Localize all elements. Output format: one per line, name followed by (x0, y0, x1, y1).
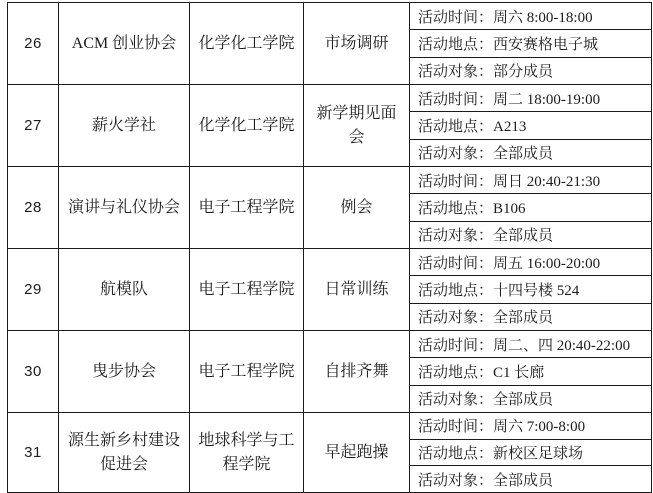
row-number-cell: 26 (8, 3, 59, 85)
detail-line-time: 活动时间：周六 8:00-18:00 (410, 3, 651, 30)
college-cell: 电子工程学院 (190, 249, 304, 331)
table-row: 31 源生新乡村建设促进会 地球科学与工程学院 早起跑操 活动时间：周六 7:0… (8, 413, 652, 493)
detail-line-target: 活动对象：全部成员 (410, 466, 651, 492)
college-cell: 化学化工学院 (190, 3, 304, 85)
activity-type-cell: 例会 (304, 167, 410, 249)
details-cell: 活动时间：周六 7:00-8:00 活动地点：新校区足球场 活动对象：全部成员 (410, 413, 652, 493)
college-cell: 化学化工学院 (190, 85, 304, 167)
table-row: 27 薪火学社 化学化工学院 新学期见面会 活动时间：周二 18:00-19:0… (8, 85, 652, 167)
activity-type-cell: 自排齐舞 (304, 331, 410, 413)
detail-line-time: 活动时间：周二 18:00-19:00 (410, 85, 651, 112)
detail-line-place: 活动地点：C1 长廊 (410, 358, 651, 385)
row-number-cell: 27 (8, 85, 59, 167)
detail-line-place: 活动地点：西安赛格电子城 (410, 30, 651, 57)
row-number-cell: 31 (8, 413, 59, 493)
detail-line-target: 活动对象：全部成员 (410, 140, 651, 166)
table-row: 26 ACM 创业协会 化学化工学院 市场调研 活动时间：周六 8:00-18:… (8, 3, 652, 85)
detail-line-target: 活动对象：全部成员 (410, 222, 651, 248)
row-number-cell: 30 (8, 331, 59, 413)
activity-type-cell: 早起跑操 (304, 413, 410, 493)
table-row: 30 曳步协会 电子工程学院 自排齐舞 活动时间：周二、四 20:40-22:0… (8, 331, 652, 413)
club-activities-table: 26 ACM 创业协会 化学化工学院 市场调研 活动时间：周六 8:00-18:… (7, 2, 652, 493)
detail-line-time: 活动时间：周五 16:00-20:00 (410, 249, 651, 276)
table-row: 28 演讲与礼仪协会 电子工程学院 例会 活动时间：周日 20:40-21:30… (8, 167, 652, 249)
detail-line-place: 活动地点：新校区足球场 (410, 440, 651, 467)
activity-type-cell: 日常训练 (304, 249, 410, 331)
club-name-cell: ACM 创业协会 (59, 3, 190, 85)
detail-line-place: 活动地点：十四号楼 524 (410, 276, 651, 303)
detail-line-target: 活动对象：全部成员 (410, 304, 651, 330)
detail-line-time: 活动时间：周二、四 20:40-22:00 (410, 331, 651, 358)
table-row: 29 航模队 电子工程学院 日常训练 活动时间：周五 16:00-20:00 活… (8, 249, 652, 331)
detail-line-time: 活动时间：周日 20:40-21:30 (410, 167, 651, 194)
college-cell: 电子工程学院 (190, 167, 304, 249)
club-name-cell: 源生新乡村建设促进会 (59, 413, 190, 493)
detail-line-place: 活动地点：B106 (410, 194, 651, 221)
club-name-cell: 曳步协会 (59, 331, 190, 413)
details-cell: 活动时间：周六 8:00-18:00 活动地点：西安赛格电子城 活动对象：部分成… (410, 3, 652, 85)
row-number-cell: 29 (8, 249, 59, 331)
details-cell: 活动时间：周日 20:40-21:30 活动地点：B106 活动对象：全部成员 (410, 167, 652, 249)
college-cell: 地球科学与工程学院 (190, 413, 304, 493)
detail-line-target: 活动对象：全部成员 (410, 386, 651, 412)
details-cell: 活动时间：周五 16:00-20:00 活动地点：十四号楼 524 活动对象：全… (410, 249, 652, 331)
document-page: 26 ACM 创业协会 化学化工学院 市场调研 活动时间：周六 8:00-18:… (0, 0, 653, 493)
row-number-cell: 28 (8, 167, 59, 249)
activity-type-cell: 新学期见面会 (304, 85, 410, 167)
activity-type-cell: 市场调研 (304, 3, 410, 85)
details-cell: 活动时间：周二、四 20:40-22:00 活动地点：C1 长廊 活动对象：全部… (410, 331, 652, 413)
club-name-cell: 薪火学社 (59, 85, 190, 167)
detail-line-place: 活动地点：A213 (410, 112, 651, 139)
club-name-cell: 演讲与礼仪协会 (59, 167, 190, 249)
club-name-cell: 航模队 (59, 249, 190, 331)
details-cell: 活动时间：周二 18:00-19:00 活动地点：A213 活动对象：全部成员 (410, 85, 652, 167)
detail-line-target: 活动对象：部分成员 (410, 58, 651, 84)
detail-line-time: 活动时间：周六 7:00-8:00 (410, 413, 651, 440)
college-cell: 电子工程学院 (190, 331, 304, 413)
